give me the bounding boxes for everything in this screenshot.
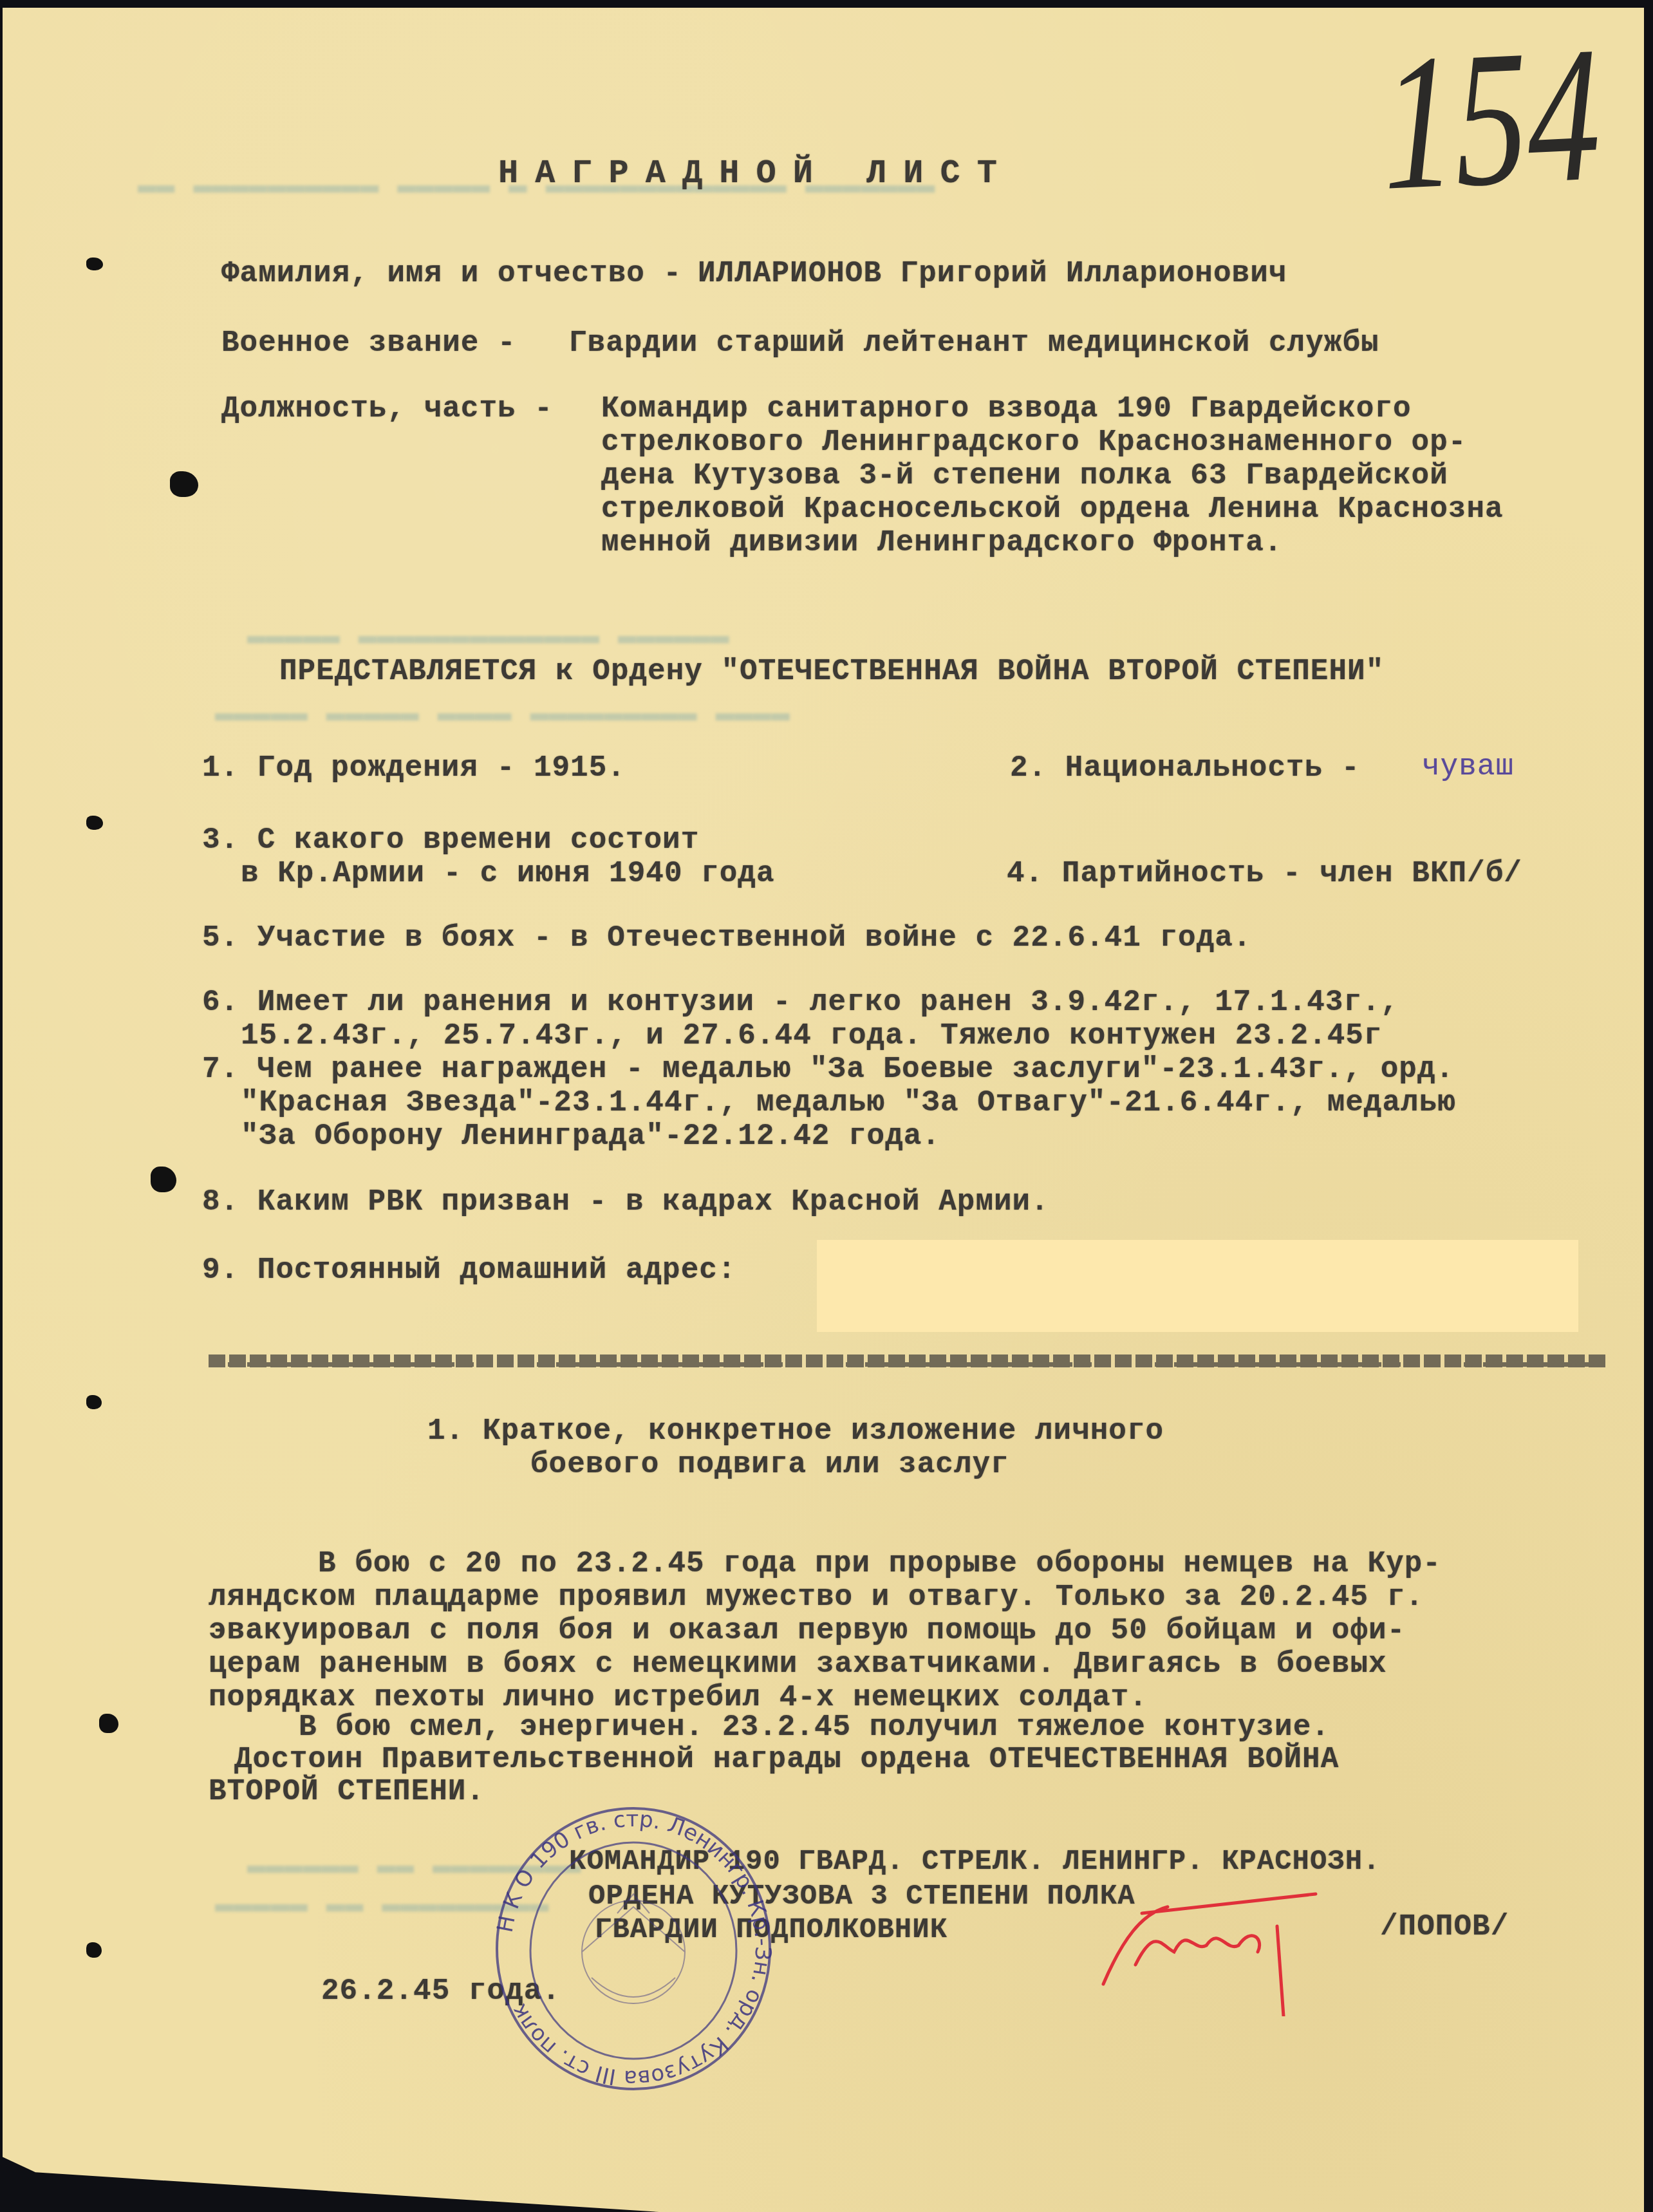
signer-name: /ПОПОВ/ <box>1380 1912 1509 1942</box>
rank-label: Военное звание - <box>221 328 516 358</box>
bleed-through-text: ▬▬▬▬▬ ▬▬▬▬▬ ▬▬▬▬ ▬▬▬▬▬▬▬▬▬ ▬▬▬▬ <box>215 697 790 731</box>
award-sheet: ▬▬ ▬▬▬▬▬▬▬▬▬▬ ▬▬▬▬▬ ▬ ▬▬▬▬▬▬▬▬▬▬▬▬▬ ▬▬▬▬… <box>3 8 1644 2212</box>
narrative-line: В бою смел, энергичен. 23.2.45 получил т… <box>299 1712 1330 1742</box>
name-label: Фамилия, имя и отчество - <box>221 259 682 288</box>
position-line: Командир санитарного взвода 190 Гвардейс… <box>601 394 1412 424</box>
position-line: стрелковой Красносельской ордена Ленина … <box>601 494 1504 524</box>
svg-text:Н К О 190 гв. стр. Ленингр. Кр: Н К О 190 гв. стр. Ленингр. Кр.-Зн. орд.… <box>492 1806 776 2091</box>
coat-of-arms-icon <box>582 1894 685 2003</box>
archive-number-handwritten: 154 <box>1380 17 1602 220</box>
handwritten-signature <box>1097 1888 1354 2016</box>
narrative-line: В бою с 20 по 23.2.45 года при прорыве о… <box>318 1549 1441 1579</box>
item-combat-participation: 5. Участие в боях - в Отечественной войн… <box>202 923 1251 953</box>
item-nationality-value: чуваш <box>1422 752 1514 782</box>
stamp-text: Н К О 190 гв. стр. Ленингр. Кр.-Зн. орд.… <box>492 1806 776 2091</box>
binder-hole <box>86 1395 102 1409</box>
item-birth-year: 1. Год рождения - 1915. <box>202 753 626 783</box>
item-conscription: 8. Каким РВК призван - в кадрах Красной … <box>202 1187 1049 1217</box>
narrative-line: ВТОРОЙ СТЕПЕНИ. <box>209 1777 485 1806</box>
position-line: дена Кутузова 3-й степени полка 63 Гвард… <box>601 461 1448 491</box>
section-heading-line2: боевого подвига или заслуг <box>530 1450 1009 1479</box>
item-previous-awards-line3: "За Оборону Ленинграда"-22.12.42 года. <box>241 1121 940 1151</box>
bleed-through-text: ▬▬▬▬▬ ▬▬▬▬▬▬▬▬▬▬▬▬▬ ▬▬▬▬▬▬ <box>247 619 729 654</box>
narrative-line: эвакуировал с поля боя и оказал первую п… <box>209 1616 1405 1645</box>
item-party: 4. Партийность - член ВКП/б/ <box>1007 859 1522 888</box>
binder-hole <box>86 258 103 270</box>
position-line: стрелкового Ленинградского Краснознаменн… <box>601 427 1466 457</box>
narrative-line: церам раненым в боях с немецкими захватч… <box>209 1649 1387 1679</box>
item-service-since: 3. С какого времени состоит <box>202 825 699 855</box>
position-label: Должность, часть - <box>221 394 553 424</box>
binder-hole <box>151 1167 176 1192</box>
rank-value: Гвардии старший лейтенант медицинской сл… <box>569 328 1379 358</box>
narrative-line: Достоин Правительственной награды ордена… <box>234 1745 1339 1774</box>
item-wounds: 6. Имеет ли ранения и контузии - легко р… <box>202 988 1399 1017</box>
document-title: НАГРАДНОЙ ЛИСТ <box>498 157 1014 191</box>
binder-hole <box>86 816 103 830</box>
binder-hole <box>86 1942 102 1958</box>
binder-hole <box>99 1714 118 1733</box>
item-wounds-line2: 15.2.43г., 25.7.43г., и 27.6.44 года. Тя… <box>241 1021 1382 1051</box>
item-service-since-line2: в Кр.Армии - с июня 1940 года <box>241 859 775 888</box>
section-heading: 1. Краткое, конкретное изложение личного <box>427 1416 1164 1446</box>
item-home-address-label: 9. Постоянный домашний адрес: <box>202 1255 736 1285</box>
nomination-line: ПРЕДСТАВЛЯЕТСЯ к Ордену "ОТЕЧЕСТВЕННАЯ В… <box>279 657 1384 686</box>
item-previous-awards-line2: "Красная Звезда"-23.1.44г., медалью "За … <box>241 1088 1456 1118</box>
section-divider <box>209 1354 1605 1367</box>
item-previous-awards: 7. Чем ранее награжден - медалью "За Бое… <box>202 1054 1454 1084</box>
narrative-line: порядках пехоты лично истребил 4-х немец… <box>209 1683 1148 1712</box>
narrative-line: ляндском плацдарме проявил мужество и от… <box>209 1582 1424 1612</box>
position-line: менной дивизии Ленинградского Фронта. <box>601 528 1282 558</box>
name-value: ИЛЛАРИОНОВ Григорий Илларионович <box>698 259 1287 288</box>
redacted-address <box>817 1240 1578 1332</box>
item-nationality-label: 2. Национальность - <box>1010 753 1360 783</box>
binder-hole <box>170 471 198 497</box>
official-stamp-seal: Н К О 190 гв. стр. Ленингр. Кр.-Зн. орд.… <box>489 1804 778 2094</box>
